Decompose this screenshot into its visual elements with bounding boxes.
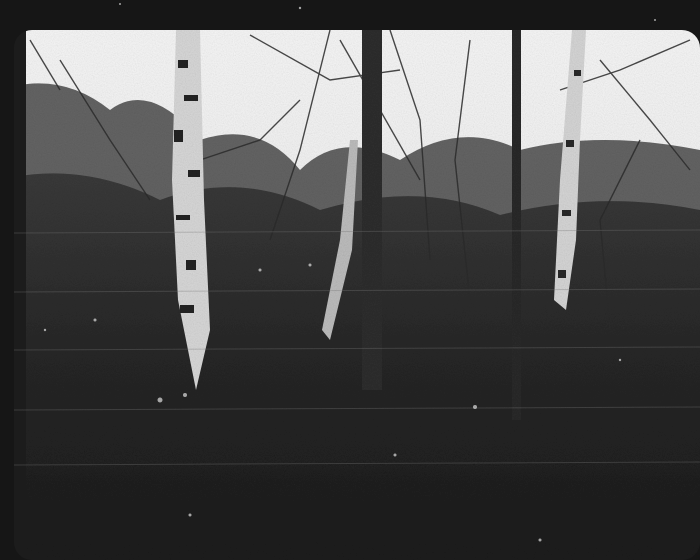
photo-frame: Grainy black-and-white film photograph o… <box>0 0 700 560</box>
dark-trunk <box>362 30 382 390</box>
forest-photo <box>0 0 700 560</box>
thin-trunk <box>512 30 521 420</box>
